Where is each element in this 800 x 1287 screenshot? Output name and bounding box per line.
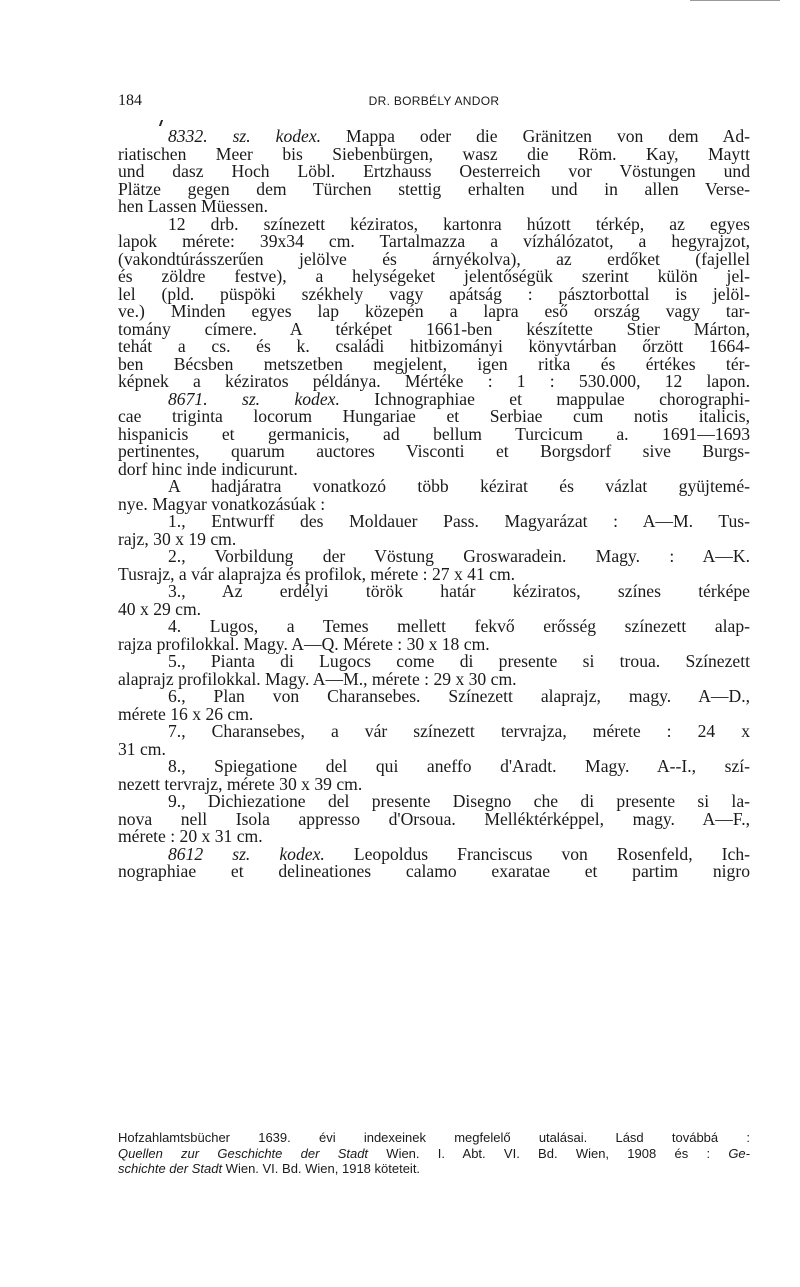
footnote-title-italic: schichte der Stadt [118, 1161, 222, 1176]
footnote-title-italic: Ge- [728, 1146, 750, 1161]
line-text: 3., Az erdélyi török határ kéziratos, sz… [168, 581, 750, 601]
line-text: nographiae et delineationes calamo exara… [118, 861, 750, 881]
text-line: nographiae et delineationes calamo exara… [118, 863, 750, 881]
text-line: 7., Charansebes, a vár színezett tervraj… [118, 723, 750, 741]
footnote-line: schichte der Stadt Wien. VI. Bd. Wien, 1… [118, 1161, 750, 1177]
running-head: 184 DR. BORBÉLY ANDOR [118, 92, 750, 112]
footnote-text: Wien. I. Abt. VI. Bd. Wien, 1908 és : [368, 1146, 728, 1161]
line-text: 7., Charansebes, a vár színezett tervraj… [168, 721, 750, 741]
footnote-title-italic: Quellen zur Geschichte der Stadt [118, 1146, 368, 1161]
footnote-line: Hofzahlamtsbücher 1639. évi indexeinek m… [118, 1130, 750, 1146]
footnote: Hofzahlamtsbücher 1639. évi indexeinek m… [118, 1130, 750, 1177]
footnote-text: Wien. VI. Bd. Wien, 1918 köteteit. [222, 1161, 420, 1176]
line-text: 31 cm. [118, 739, 166, 759]
footnote-line: Quellen zur Geschichte der Stadt Wien. I… [118, 1146, 750, 1162]
scan-edge-mark [690, 0, 780, 1]
print-speck [159, 120, 163, 126]
line-text: 1., Entwurff des Moldauer Pass. Magyaráz… [168, 511, 750, 531]
body-text: 8332. sz. kodex. Mappa oder die Gränitze… [118, 128, 750, 881]
line-text: 6., Plan von Charansebes. Színezett alap… [168, 686, 750, 706]
running-title: DR. BORBÉLY ANDOR [118, 94, 750, 108]
text-line: 3., Az erdélyi török határ kéziratos, sz… [118, 583, 750, 601]
